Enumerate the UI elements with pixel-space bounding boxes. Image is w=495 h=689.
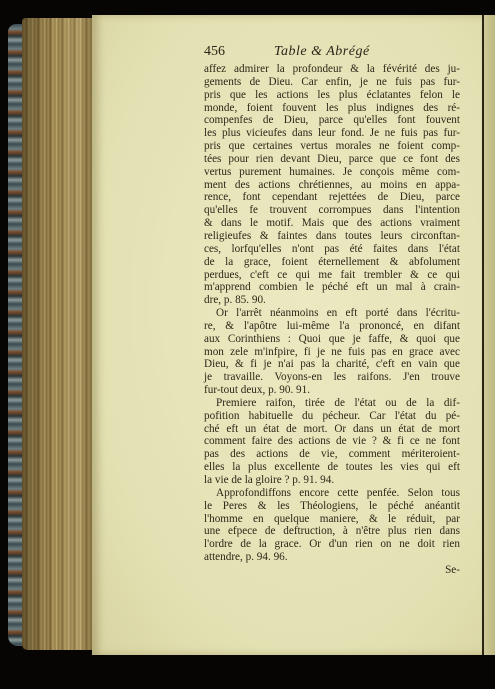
text-line: & dans le motif. Mais que des actions vr… [204, 217, 460, 230]
text-line: ment des actions chrétiennes, au moins e… [204, 179, 460, 192]
paragraph: Premiere raifon, tirée de l'état ou de l… [204, 397, 460, 487]
text-line: affez admirer la profondeur & la févérit… [204, 63, 460, 76]
text-line: attendre, p. 94. 96. [204, 551, 460, 564]
text-line: fur-tout deux, p. 90. 91. [204, 384, 460, 397]
page-stack-edges [22, 18, 94, 650]
text-line: mon zele m'infpire, fi je ne fuis pas en… [204, 346, 460, 359]
text-line: la vie de la gloire ? p. 91. 94. [204, 474, 460, 487]
text-line: pris que les actions les plus éclatantes… [204, 89, 460, 102]
text-line: pofition habituelle du pécheur. Car l'ét… [204, 410, 460, 423]
running-head: 456 Table & Abrégé [204, 44, 460, 60]
catchword: Se- [204, 564, 460, 576]
text-line: m'apprend combien le péché eft un mal à … [204, 281, 460, 294]
text-line: une efpece de deftruction, à n'être plus… [204, 525, 460, 538]
text-line: pris que certaines vertus morales ne foi… [204, 140, 460, 153]
text-line: pas des actions de vie, comment méritero… [204, 448, 460, 461]
running-head-title: Table & Abrégé [274, 44, 370, 60]
text-line: ché eft un état de mort. Or dans un état… [204, 423, 460, 436]
text-line: religieufes & faintes dans toutes leurs … [204, 230, 460, 243]
text-line: rence, font cependant rejettées de Dieu,… [204, 191, 460, 204]
text-line: gements de Dieu. Car enfin, je ne fuis p… [204, 76, 460, 89]
text-line: comment faire des actions de vie ? & fi … [204, 435, 460, 448]
text-line: dre, p. 85. 90. [204, 294, 460, 307]
text-line: ces, lorfqu'elles n'ont pas été faites d… [204, 243, 460, 256]
page-number: 456 [204, 44, 225, 60]
text-line: les plus vicieufes dans leur fond. Je ne… [204, 127, 460, 140]
paragraph: affez admirer la profondeur & la févérit… [204, 63, 460, 307]
text-line: Premiere raifon, tirée de l'état ou de l… [204, 397, 460, 410]
paragraph: Or l'arrêt néanmoins en eft porté dans l… [204, 307, 460, 397]
facing-page-sliver [484, 15, 495, 655]
text-line: qu'elles fe trouvent corrompues dans l'i… [204, 204, 460, 217]
page-body-text: affez admirer la profondeur & la févérit… [204, 63, 460, 564]
text-line: Dieu, & fi je n'ai pas la charité, c'eft… [204, 358, 460, 371]
paragraph: Approfondiffons encore cette penfée. Sel… [204, 487, 460, 564]
text-line: re, & l'apôtre lui-même l'a prononcé, en… [204, 320, 460, 333]
text-line: je travaille. Voyons-en les raifons. J'e… [204, 371, 460, 384]
text-line: vertus purement humaines. Je conçois mêm… [204, 166, 460, 179]
text-line: Approfondiffons encore cette penfée. Sel… [204, 487, 460, 500]
text-line: monde, foient fouvent les plus indignes … [204, 102, 460, 115]
text-line: l'ordre de la grace. Or d'un rien on ne … [204, 538, 460, 551]
text-line: l'homme en quelque maniere, & le réduit,… [204, 513, 460, 526]
text-line: compenfes de Dieu, parce qu'elles font f… [204, 114, 460, 127]
text-line: aux Corinthiens : Quoi que je faffe, & q… [204, 333, 460, 346]
text-line: de la grace, foient éternellement & abfo… [204, 256, 460, 269]
text-line: perdues, c'eft ce qui me fait trembler &… [204, 269, 460, 282]
text-line: tées pour rien devant Dieu, parce que ce… [204, 153, 460, 166]
text-line: le Peres & les Théologiens, le péché ané… [204, 500, 460, 513]
text-line: elles la plus excellente de toutes les v… [204, 461, 460, 474]
text-line: Or l'arrêt néanmoins en eft porté dans l… [204, 307, 460, 320]
